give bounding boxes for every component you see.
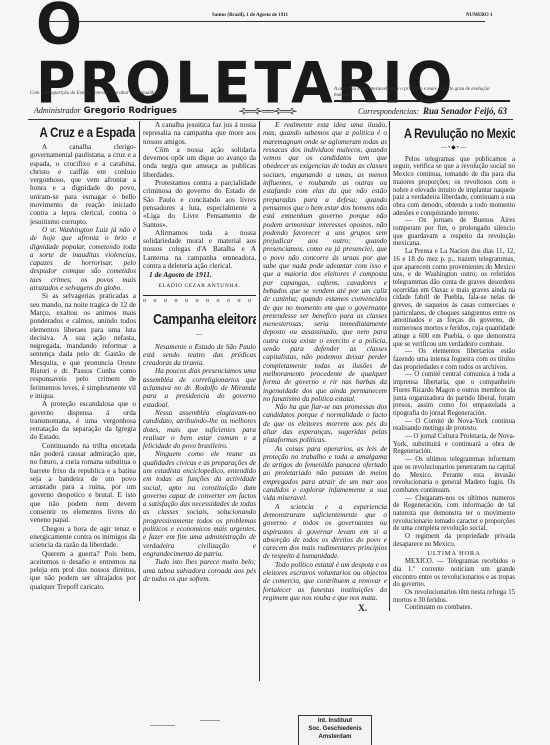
article-paragraph: A canalha clerigo-governamental paulista…	[30, 143, 136, 226]
article-paragraph: A proteção escandalosa que o governo dis…	[30, 400, 136, 441]
article-signature: X.	[263, 604, 387, 612]
column-divider	[389, 121, 390, 611]
article-author: ELADIO CEZAR ANTUNHA.	[143, 282, 256, 290]
article-paragraph: — Os ultimos telegrammas informam que os…	[393, 456, 515, 495]
title-separator: —	[143, 331, 256, 339]
article-paragraph: Não ha que fiar-se nas promessas dos can…	[263, 403, 387, 444]
motto-right: A anarchia é incontestavelmente o princi…	[334, 87, 494, 99]
article-paragraph: MEXICO. — Telegramas recebidos o dia 1.º…	[393, 558, 515, 589]
section-divider: o o o o o o o o o o o o o o o o	[143, 295, 256, 305]
article-title-mexico: A Revulução no Mexico	[404, 125, 504, 143]
stamp-line: Amsterdam	[299, 733, 371, 741]
article-paragraph: Chegou a hora de agir tenaz e energicame…	[30, 525, 136, 550]
article-paragraph: Pelos telegramas que publicamos a seguir…	[393, 156, 515, 218]
article-paragraph: Ninguem como ele reune as qualidades civ…	[143, 450, 256, 558]
ultima-hora-heading: ULTIMA HORA	[393, 550, 515, 558]
paper-mark	[200, 720, 220, 721]
stamp-line: Int. Instituut	[299, 717, 371, 725]
article-paragraph: Todo politico estatal é um despota e os …	[263, 561, 387, 602]
article-paragraph: O sr. Washington Luiz já não é de hoje q…	[30, 226, 136, 292]
article-paragraph: — O Comité de Nova-York continua realisa…	[393, 418, 515, 433]
article-paragraph: Protestamos contra a parcialidade crimin…	[143, 179, 256, 229]
article-paragraph: Tudo isto lhes parece muito belo: uma ta…	[143, 558, 256, 583]
article-title-cruz-espada: A Cruz e a Espada	[40, 123, 127, 141]
cruz-espada-continued: A canalha jesuitica faz jus á nossa repr…	[143, 121, 256, 305]
column-divider	[139, 121, 140, 601]
article-paragraph: Continuam os combates.	[393, 604, 515, 612]
correspondence: Correspondencias: Rua Senador Feijó, 63	[358, 106, 513, 116]
article-paragraph: As coisas para operarios, as leis de pro…	[263, 445, 387, 503]
article-paragraph: — Chegaram-nos os ultimos numeros de Reg…	[393, 495, 515, 534]
article-title-campanha: Campanha eleitoral	[153, 311, 246, 329]
column-3: E realmente esta idea uma ilusão, mas, q…	[263, 121, 387, 676]
masthead-title: O PROLETARIO	[36, 26, 516, 82]
article-paragraph: Os revolucionarios têm nesta refrega 15 …	[393, 589, 515, 604]
article-paragraph: O regimem da propriedade privada desapar…	[393, 533, 515, 548]
newspaper-page: N.1 Santos (Brazil), 1 de Agosto de 1911…	[0, 0, 550, 745]
administrator-label: Administrador	[34, 106, 81, 115]
correspondence-label: Correspondencias:	[358, 107, 419, 116]
article-paragraph: — O comité central comunica á toda a imp…	[393, 371, 515, 417]
column-divider	[259, 121, 260, 681]
article-date: 1 de Agosto de 1911.	[143, 271, 256, 279]
info-bar: Administrador Gregorio Rodrigues ⊰══⊱══⊰…	[28, 103, 513, 120]
article-paragraph: — Os jornaes de Buenos Aires romperam po…	[393, 217, 515, 248]
column-2: A canalha jesuitica faz jus á nossa repr…	[143, 121, 256, 741]
stamp-line: Soc. Geschiedenis	[299, 725, 371, 733]
title-separator: —•◆•—	[393, 145, 515, 153]
article-paragraph: — Os elementos libertarios estão fazendo…	[393, 348, 515, 371]
article-paragraph: Nesamente o Estado de São Paulo está sen…	[143, 343, 256, 368]
correspondence-address: Rua Senador Feijó, 63	[423, 106, 507, 116]
archive-stamp: Int. Instituut Soc. Geschiedenis Amsterd…	[298, 715, 372, 745]
administrator-name: Gregorio Rodrigues	[84, 106, 177, 116]
article-paragraph: Nessa assembléa elogiavam-no candidato, …	[143, 409, 256, 450]
column-1: A Cruz e a Espada A canalha clerigo-gove…	[30, 121, 136, 721]
administrator: Administrador Gregorio Rodrigues	[28, 106, 177, 116]
motto-left: Com o desaparição do Estado concorre a a…	[30, 91, 220, 97]
article-paragraph: Si as selvagerias praticadas a seu mando…	[30, 292, 136, 400]
article-paragraph: Afirmamos toda a nossa solidariedade mor…	[143, 229, 256, 270]
article-paragraph: Ha poucos dias presenciamos uma assemblé…	[143, 367, 256, 408]
campanha-body: Nesamente o Estado de São Paulo está sen…	[143, 343, 256, 584]
article-paragraph: E realmente esta idea uma ilusão, mas, q…	[263, 121, 387, 403]
paper-mark	[150, 725, 175, 726]
article-paragraph: La Prensa e La Nacion dos dias 11, 12, 1…	[393, 248, 515, 348]
article-paragraph: A canalha jesuitica faz jus á nossa repr…	[143, 121, 256, 146]
article-paragraph: — O jornal Cultura Proletaria, de Nova-Y…	[393, 433, 515, 456]
column-4: A Revulução no Mexico —•◆•— Pelos telegr…	[393, 121, 515, 621]
article-paragraph: Côm a nossa ação solidaria devemos opôr …	[143, 146, 256, 179]
article-paragraph: Querem a guerra? Pois bem, aceitemos o d…	[30, 550, 136, 591]
motto-rule	[334, 100, 510, 102]
article-paragraph: Continuando na trilha encetada não poder…	[30, 442, 136, 525]
ornament-icon: ⊰══⊱══⊰══⊱	[238, 106, 296, 117]
article-paragraph: A sciencia e a experiencia demonstraram …	[263, 503, 387, 561]
